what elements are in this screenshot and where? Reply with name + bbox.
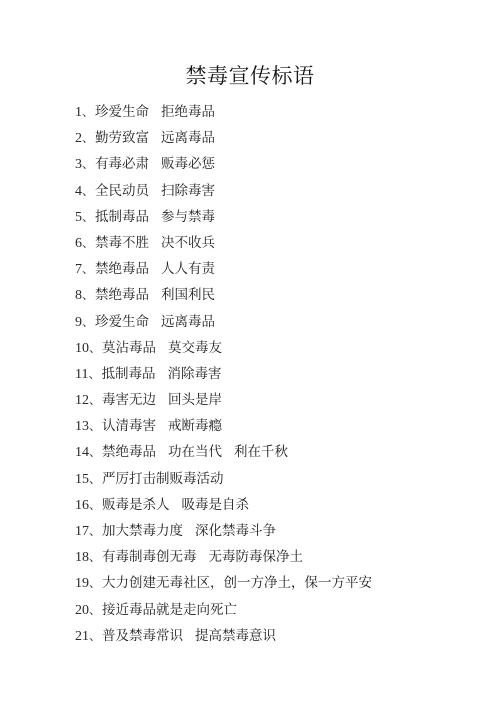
slogan-phrase: 消除毒害 (168, 366, 222, 382)
slogan-phrase: 决不收兵 (161, 235, 215, 251)
slogan-separator: 、 (89, 524, 101, 538)
slogan-number: 14 (75, 445, 89, 460)
slogan-number: 3 (75, 157, 82, 172)
slogan-separator: 、 (89, 629, 101, 643)
slogan-separator: 、 (82, 210, 94, 224)
slogan-phrase: 大力创建无毒社区，创一方净土，保一方平安 (102, 575, 372, 591)
slogan-number: 1 (75, 105, 82, 120)
slogan-number: 8 (75, 288, 82, 303)
document-page: 禁毒宣传标语 1、珍爱生命拒绝毒品2、勤劳致富远离毒品3、有毒必肃贩毒必惩4、全… (0, 0, 500, 708)
slogan-phrase: 毒害无边 (102, 392, 156, 408)
slogan-phrase: 接近毒品就是走向死亡 (102, 602, 237, 618)
slogan-phrase: 勤劳致富 (95, 130, 149, 146)
slogan-item: 10、莫沾毒品莫交毒友 (75, 335, 475, 361)
slogan-phrase: 禁绝毒品 (95, 287, 149, 303)
slogan-phrase: 珍爱生命 (95, 314, 149, 330)
slogan-item: 1、珍爱生命拒绝毒品 (75, 99, 475, 125)
slogan-separator: 、 (89, 341, 101, 355)
slogan-number: 6 (75, 236, 82, 251)
slogan-phrase: 远离毒品 (161, 130, 215, 146)
slogan-phrase: 提高禁毒意识 (195, 628, 276, 644)
slogan-number: 11 (75, 367, 88, 382)
slogan-phrase: 利在千秋 (234, 444, 288, 460)
slogan-item: 13、认清毒害戒断毒瘾 (75, 413, 475, 439)
slogan-number: 15 (75, 472, 89, 487)
slogan-phrase: 回头是岸 (168, 392, 222, 408)
slogan-separator: 、 (89, 419, 101, 433)
slogan-number: 7 (75, 262, 82, 277)
slogan-phrase: 认清毒害 (102, 418, 156, 434)
slogan-separator: 、 (89, 498, 101, 512)
slogan-item: 17、加大禁毒力度深化禁毒斗争 (75, 518, 475, 544)
slogan-separator: 、 (89, 472, 101, 486)
slogan-phrase: 深化禁毒斗争 (195, 523, 276, 539)
slogan-item: 3、有毒必肃贩毒必惩 (75, 151, 475, 177)
slogan-phrase: 有毒必肃 (95, 156, 149, 172)
slogan-phrase: 严厉打击制贩毒活动 (102, 471, 224, 487)
slogan-phrase: 远离毒品 (161, 314, 215, 330)
slogan-separator: 、 (82, 288, 94, 302)
slogan-number: 4 (75, 184, 82, 199)
slogan-item: 9、珍爱生命远离毒品 (75, 309, 475, 335)
slogan-phrase: 贩毒必惩 (161, 156, 215, 172)
slogan-phrase: 禁毒不胜 (95, 235, 149, 251)
slogan-phrase: 功在当代 (168, 444, 222, 460)
slogan-number: 20 (75, 603, 89, 618)
slogan-phrase: 禁绝毒品 (102, 444, 156, 460)
slogan-separator: 、 (82, 315, 94, 329)
slogan-number: 21 (75, 629, 89, 644)
slogan-item: 7、禁绝毒品人人有责 (75, 256, 475, 282)
slogan-phrase: 吸毒是自杀 (182, 497, 250, 513)
slogan-separator: 、 (82, 184, 94, 198)
slogan-item: 16、贩毒是杀人吸毒是自杀 (75, 492, 475, 518)
slogan-separator: 、 (89, 550, 101, 564)
slogan-separator: 、 (82, 105, 94, 119)
slogan-item: 14、禁绝毒品功在当代利在千秋 (75, 439, 475, 465)
document-title: 禁毒宣传标语 (0, 60, 500, 90)
slogan-item: 11、抵制毒品消除毒害 (75, 361, 475, 387)
slogan-phrase: 全民动员 (95, 183, 149, 199)
slogan-item: 15、严厉打击制贩毒活动 (75, 466, 475, 492)
slogan-number: 18 (75, 550, 89, 565)
slogan-phrase: 禁绝毒品 (95, 261, 149, 277)
slogan-phrase: 抵制毒品 (95, 209, 149, 225)
slogan-separator: 、 (89, 576, 101, 590)
slogan-number: 19 (75, 576, 89, 591)
slogan-phrase: 拒绝毒品 (161, 104, 215, 120)
slogan-phrase: 加大禁毒力度 (102, 523, 183, 539)
slogan-item: 21、普及禁毒常识提高禁毒意识 (75, 623, 475, 649)
slogan-item: 4、全民动员扫除毒害 (75, 178, 475, 204)
slogan-number: 12 (75, 393, 89, 408)
slogan-phrase: 无毒防毒保净土 (209, 549, 304, 565)
slogan-phrase: 戒断毒瘾 (168, 418, 222, 434)
slogan-separator: 、 (88, 367, 100, 381)
slogan-number: 9 (75, 315, 82, 330)
slogan-item: 8、禁绝毒品利国利民 (75, 282, 475, 308)
slogan-phrase: 人人有责 (161, 261, 215, 277)
slogan-separator: 、 (82, 262, 94, 276)
slogan-phrase: 普及禁毒常识 (102, 628, 183, 644)
slogan-separator: 、 (89, 445, 101, 459)
slogan-number: 13 (75, 419, 89, 434)
slogan-list: 1、珍爱生命拒绝毒品2、勤劳致富远离毒品3、有毒必肃贩毒必惩4、全民动员扫除毒害… (75, 99, 475, 649)
slogan-item: 5、抵制毒品参与禁毒 (75, 204, 475, 230)
slogan-phrase: 珍爱生命 (95, 104, 149, 120)
slogan-item: 12、毒害无边回头是岸 (75, 387, 475, 413)
slogan-phrase: 贩毒是杀人 (102, 497, 170, 513)
slogan-item: 20、接近毒品就是走向死亡 (75, 597, 475, 623)
slogan-phrase: 利国利民 (161, 287, 215, 303)
slogan-phrase: 抵制毒品 (102, 366, 156, 382)
slogan-number: 5 (75, 210, 82, 225)
slogan-number: 17 (75, 524, 89, 539)
slogan-separator: 、 (82, 236, 94, 250)
slogan-number: 16 (75, 498, 89, 513)
slogan-phrase: 有毒制毒创无毒 (102, 549, 197, 565)
slogan-phrase: 莫交毒友 (168, 340, 222, 356)
slogan-phrase: 参与禁毒 (161, 209, 215, 225)
slogan-item: 18、有毒制毒创无毒无毒防毒保净土 (75, 544, 475, 570)
slogan-phrase: 莫沾毒品 (102, 340, 156, 356)
slogan-item: 19、大力创建无毒社区，创一方净土，保一方平安 (75, 570, 475, 596)
slogan-phrase: 扫除毒害 (161, 183, 215, 199)
slogan-number: 2 (75, 131, 82, 146)
slogan-separator: 、 (89, 603, 101, 617)
slogan-separator: 、 (82, 157, 94, 171)
slogan-item: 2、勤劳致富远离毒品 (75, 125, 475, 151)
slogan-item: 6、禁毒不胜决不收兵 (75, 230, 475, 256)
slogan-separator: 、 (82, 131, 94, 145)
slogan-number: 10 (75, 341, 89, 356)
slogan-separator: 、 (89, 393, 101, 407)
